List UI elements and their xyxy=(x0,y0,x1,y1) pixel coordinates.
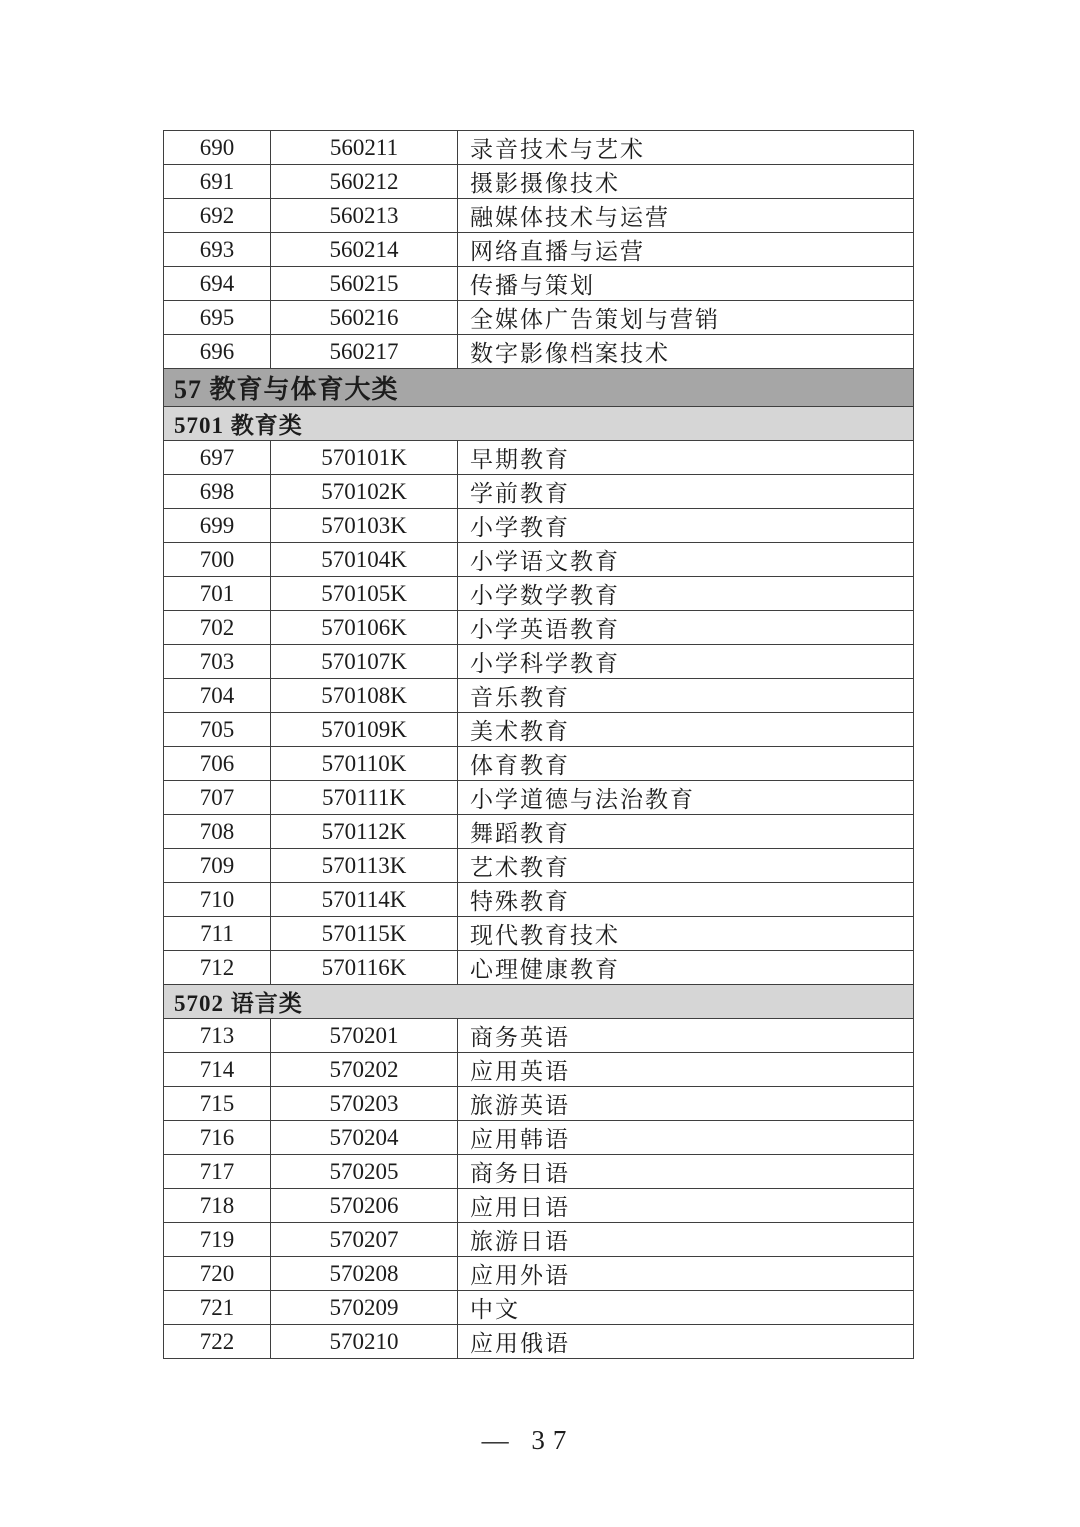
major-name-cell: 艺术教育 xyxy=(458,849,914,883)
table-row: 719 570207 旅游日语 xyxy=(164,1223,914,1257)
table-row: 717 570205 商务日语 xyxy=(164,1155,914,1189)
sequence-number-cell: 701 xyxy=(164,577,271,611)
table-row: 692 560213 融媒体技术与运营 xyxy=(164,199,914,233)
major-code-cell: 570109K xyxy=(271,713,458,747)
sequence-number-cell: 692 xyxy=(164,199,271,233)
major-code-cell: 570112K xyxy=(271,815,458,849)
major-code-cell: 560217 xyxy=(271,335,458,369)
major-code-cell: 570103K xyxy=(271,509,458,543)
major-code-cell: 570210 xyxy=(271,1325,458,1359)
major-code-cell: 560213 xyxy=(271,199,458,233)
table-row: 708 570112K 舞蹈教育 xyxy=(164,815,914,849)
subcategory-header-label: 5702 语言类 xyxy=(164,985,914,1019)
table-row: 716 570204 应用韩语 xyxy=(164,1121,914,1155)
major-name-cell: 小学教育 xyxy=(458,509,914,543)
major-name-cell: 小学英语教育 xyxy=(458,611,914,645)
major-code-cell: 570102K xyxy=(271,475,458,509)
sequence-number-cell: 691 xyxy=(164,165,271,199)
sequence-number-cell: 703 xyxy=(164,645,271,679)
major-code-cell: 570203 xyxy=(271,1087,458,1121)
major-name-cell: 数字影像档案技术 xyxy=(458,335,914,369)
major-name-cell: 美术教育 xyxy=(458,713,914,747)
major-name-cell: 旅游日语 xyxy=(458,1223,914,1257)
major-name-cell: 小学道德与法治教育 xyxy=(458,781,914,815)
sequence-number-cell: 722 xyxy=(164,1325,271,1359)
sequence-number-cell: 717 xyxy=(164,1155,271,1189)
sequence-number-cell: 707 xyxy=(164,781,271,815)
major-name-cell: 应用日语 xyxy=(458,1189,914,1223)
table-row: 705 570109K 美术教育 xyxy=(164,713,914,747)
major-name-cell: 中文 xyxy=(458,1291,914,1325)
table-row: 706 570110K 体育教育 xyxy=(164,747,914,781)
table-row: 690 560211 录音技术与艺术 xyxy=(164,131,914,165)
table-row: 713 570201 商务英语 xyxy=(164,1019,914,1053)
major-name-cell: 音乐教育 xyxy=(458,679,914,713)
page-number: — 37 xyxy=(0,1425,1056,1456)
table-row: 715 570203 旅游英语 xyxy=(164,1087,914,1121)
major-name-cell: 摄影摄像技术 xyxy=(458,165,914,199)
major-code-cell: 570111K xyxy=(271,781,458,815)
table-row: 709 570113K 艺术教育 xyxy=(164,849,914,883)
major-name-cell: 体育教育 xyxy=(458,747,914,781)
major-name-cell: 心理健康教育 xyxy=(458,951,914,985)
category-header-row: 57 教育与体育大类 xyxy=(164,369,914,407)
major-code-cell: 570208 xyxy=(271,1257,458,1291)
major-name-cell: 小学语文教育 xyxy=(458,543,914,577)
sequence-number-cell: 718 xyxy=(164,1189,271,1223)
sequence-number-cell: 704 xyxy=(164,679,271,713)
sequence-number-cell: 715 xyxy=(164,1087,271,1121)
major-code-cell: 570115K xyxy=(271,917,458,951)
major-name-cell: 传播与策划 xyxy=(458,267,914,301)
major-name-cell: 小学数学教育 xyxy=(458,577,914,611)
major-name-cell: 商务英语 xyxy=(458,1019,914,1053)
subcategory-header-row: 5702 语言类 xyxy=(164,985,914,1019)
sequence-number-cell: 697 xyxy=(164,441,271,475)
major-code-cell: 570106K xyxy=(271,611,458,645)
major-code-cell: 570116K xyxy=(271,951,458,985)
major-code-cell: 570206 xyxy=(271,1189,458,1223)
major-name-cell: 融媒体技术与运营 xyxy=(458,199,914,233)
major-name-cell: 商务日语 xyxy=(458,1155,914,1189)
table-row: 714 570202 应用英语 xyxy=(164,1053,914,1087)
table-row: 696 560217 数字影像档案技术 xyxy=(164,335,914,369)
table-row: 691 560212 摄影摄像技术 xyxy=(164,165,914,199)
table-row: 702 570106K 小学英语教育 xyxy=(164,611,914,645)
table-row: 700 570104K 小学语文教育 xyxy=(164,543,914,577)
major-name-cell: 录音技术与艺术 xyxy=(458,131,914,165)
subcategory-header-row: 5701 教育类 xyxy=(164,407,914,441)
major-code-cell: 570105K xyxy=(271,577,458,611)
document-page: 690 560211 录音技术与艺术 691 560212 摄影摄像技术 692… xyxy=(0,0,1080,1527)
sequence-number-cell: 700 xyxy=(164,543,271,577)
major-code-cell: 570202 xyxy=(271,1053,458,1087)
major-code-cell: 570114K xyxy=(271,883,458,917)
major-code-cell: 570107K xyxy=(271,645,458,679)
sequence-number-cell: 714 xyxy=(164,1053,271,1087)
major-name-cell: 应用英语 xyxy=(458,1053,914,1087)
major-code-cell: 560216 xyxy=(271,301,458,335)
major-code-cell: 560212 xyxy=(271,165,458,199)
major-name-cell: 全媒体广告策划与营销 xyxy=(458,301,914,335)
sequence-number-cell: 690 xyxy=(164,131,271,165)
table-row: 703 570107K 小学科学教育 xyxy=(164,645,914,679)
sequence-number-cell: 695 xyxy=(164,301,271,335)
major-code-cell: 570204 xyxy=(271,1121,458,1155)
major-name-cell: 早期教育 xyxy=(458,441,914,475)
major-code-cell: 570113K xyxy=(271,849,458,883)
sequence-number-cell: 716 xyxy=(164,1121,271,1155)
sequence-number-cell: 709 xyxy=(164,849,271,883)
sequence-number-cell: 706 xyxy=(164,747,271,781)
major-name-cell: 应用俄语 xyxy=(458,1325,914,1359)
category-header-label: 57 教育与体育大类 xyxy=(164,369,914,407)
table-row: 694 560215 传播与策划 xyxy=(164,267,914,301)
sequence-number-cell: 696 xyxy=(164,335,271,369)
major-name-cell: 特殊教育 xyxy=(458,883,914,917)
sequence-number-cell: 719 xyxy=(164,1223,271,1257)
major-name-cell: 小学科学教育 xyxy=(458,645,914,679)
major-code-table: 690 560211 录音技术与艺术 691 560212 摄影摄像技术 692… xyxy=(163,130,914,1359)
major-name-cell: 网络直播与运营 xyxy=(458,233,914,267)
sequence-number-cell: 698 xyxy=(164,475,271,509)
sequence-number-cell: 711 xyxy=(164,917,271,951)
sequence-number-cell: 712 xyxy=(164,951,271,985)
table-row: 722 570210 应用俄语 xyxy=(164,1325,914,1359)
sequence-number-cell: 694 xyxy=(164,267,271,301)
table-row: 704 570108K 音乐教育 xyxy=(164,679,914,713)
table-row: 720 570208 应用外语 xyxy=(164,1257,914,1291)
major-code-cell: 560211 xyxy=(271,131,458,165)
table-row: 695 560216 全媒体广告策划与营销 xyxy=(164,301,914,335)
major-code-cell: 560215 xyxy=(271,267,458,301)
table-row: 698 570102K 学前教育 xyxy=(164,475,914,509)
sequence-number-cell: 721 xyxy=(164,1291,271,1325)
major-code-cell: 570108K xyxy=(271,679,458,713)
major-name-cell: 现代教育技术 xyxy=(458,917,914,951)
table-row: 701 570105K 小学数学教育 xyxy=(164,577,914,611)
sequence-number-cell: 702 xyxy=(164,611,271,645)
table-row: 693 560214 网络直播与运营 xyxy=(164,233,914,267)
table-row: 710 570114K 特殊教育 xyxy=(164,883,914,917)
major-name-cell: 学前教育 xyxy=(458,475,914,509)
major-code-cell: 570110K xyxy=(271,747,458,781)
sequence-number-cell: 693 xyxy=(164,233,271,267)
table-row: 718 570206 应用日语 xyxy=(164,1189,914,1223)
major-code-cell: 570101K xyxy=(271,441,458,475)
sequence-number-cell: 699 xyxy=(164,509,271,543)
major-code-cell: 570104K xyxy=(271,543,458,577)
sequence-number-cell: 710 xyxy=(164,883,271,917)
table-row: 707 570111K 小学道德与法治教育 xyxy=(164,781,914,815)
major-code-cell: 570205 xyxy=(271,1155,458,1189)
sequence-number-cell: 720 xyxy=(164,1257,271,1291)
table-row: 699 570103K 小学教育 xyxy=(164,509,914,543)
table-row: 697 570101K 早期教育 xyxy=(164,441,914,475)
table-row: 721 570209 中文 xyxy=(164,1291,914,1325)
major-name-cell: 应用韩语 xyxy=(458,1121,914,1155)
major-code-cell: 570207 xyxy=(271,1223,458,1257)
major-name-cell: 旅游英语 xyxy=(458,1087,914,1121)
sequence-number-cell: 705 xyxy=(164,713,271,747)
sequence-number-cell: 708 xyxy=(164,815,271,849)
major-name-cell: 舞蹈教育 xyxy=(458,815,914,849)
table-row: 712 570116K 心理健康教育 xyxy=(164,951,914,985)
table-row: 711 570115K 现代教育技术 xyxy=(164,917,914,951)
major-name-cell: 应用外语 xyxy=(458,1257,914,1291)
major-code-cell: 570201 xyxy=(271,1019,458,1053)
major-code-cell: 570209 xyxy=(271,1291,458,1325)
major-code-cell: 560214 xyxy=(271,233,458,267)
sequence-number-cell: 713 xyxy=(164,1019,271,1053)
subcategory-header-label: 5701 教育类 xyxy=(164,407,914,441)
